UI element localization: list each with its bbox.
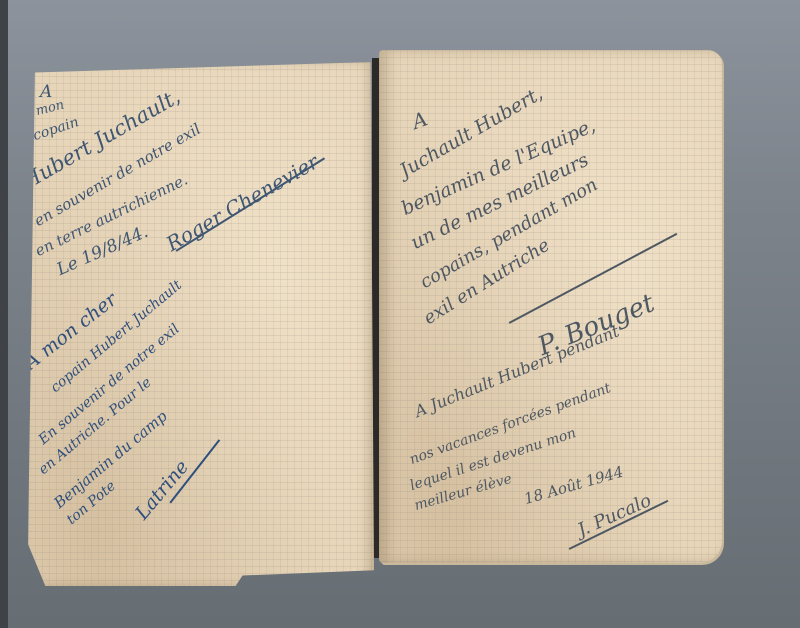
signature-roger-chenevier: Roger Chenevier xyxy=(162,149,323,256)
handwritten-date: 18 Août 1944 xyxy=(522,462,625,508)
signature-flourish xyxy=(176,157,325,251)
signature-j-pucalo: J. Pucalo xyxy=(574,490,654,541)
left-page: A mon copain Hubert Juchault, en souveni… xyxy=(28,62,374,586)
handwritten-line: A xyxy=(409,107,431,134)
right-page: A Juchault Hubert, benjamin de l'Equipe,… xyxy=(379,50,722,563)
handwritten-line: A Juchault Hubert pendant xyxy=(412,321,622,421)
signature-latrine: Latrine xyxy=(131,456,193,524)
handwritten-line: A xyxy=(40,82,52,102)
open-notebook: A mon copain Hubert Juchault, en souveni… xyxy=(0,0,800,628)
